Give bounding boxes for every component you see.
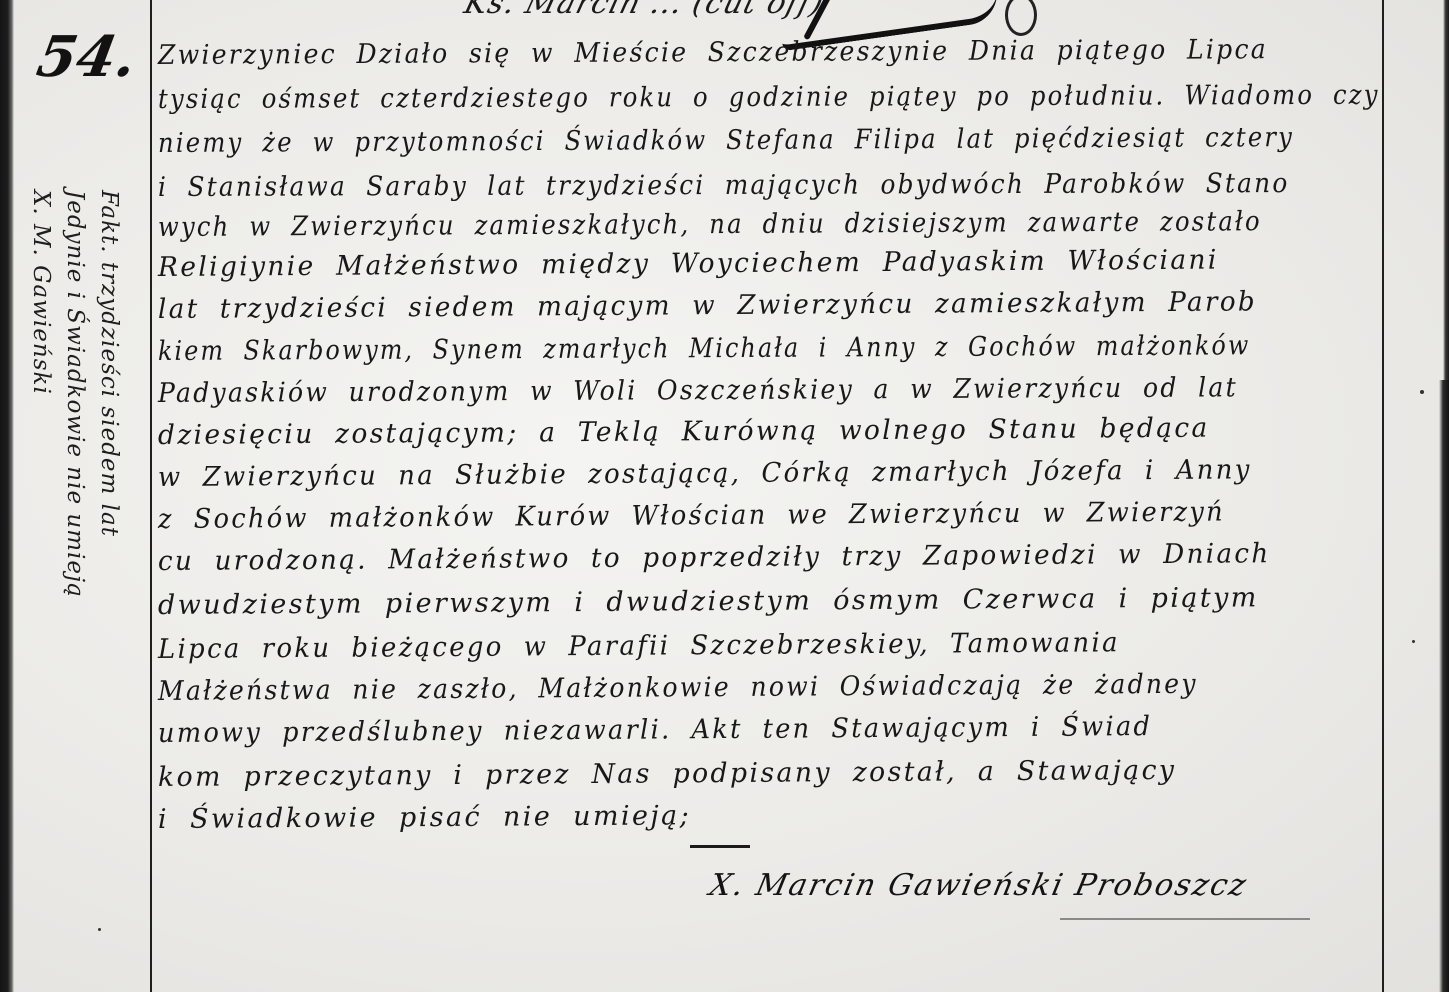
margin-note-line: X. M. Gawieński xyxy=(24,190,58,610)
body-line: Małżeństwa nie zaszło, Małżonkowie nowi … xyxy=(158,669,1198,707)
body-line: Religiynie Małżeństwo między Woyciechem … xyxy=(158,245,1219,283)
page-right-edge-shadow xyxy=(1439,380,1449,992)
register-page: Ks. Marcin ... (cut off) 54. Fakt. trzyd… xyxy=(0,0,1449,992)
paper-speck xyxy=(98,928,101,931)
entry-body: Zwierzyniec Działo się w Mieście Szczebr… xyxy=(150,0,1382,992)
paper-speck xyxy=(1412,640,1415,643)
signature-underline xyxy=(1060,918,1310,920)
priest-signature: X. Marcin Gawieński Proboszcz xyxy=(706,868,1251,903)
body-line: i Stanisława Saraby lat trzydzieści mają… xyxy=(158,168,1290,203)
book-binding-edge xyxy=(0,0,14,992)
body-line: Zwierzyniec Działo się w Mieście Szczebr… xyxy=(158,34,1268,71)
body-line: i Świadkowie pisać nie umieją; xyxy=(158,800,691,835)
margin-note-line: Jedynie i Świadkowie nie umieją xyxy=(58,190,92,610)
margin-note-line: Fakt. trzydzieści siedem lat xyxy=(92,190,126,610)
body-line: kiem Skarbowym, Synem zmarłych Michała i… xyxy=(158,330,1251,367)
body-line: dziesięciu zostającym; a Teklą Kurówną w… xyxy=(158,413,1210,451)
entry-number: 54. xyxy=(32,24,141,90)
body-line: lat trzydzieści siedem mającym w Zwierzy… xyxy=(158,286,1257,325)
margin-note: Fakt. trzydzieści siedem lat Jedynie i Ś… xyxy=(24,190,126,610)
right-margin-rule xyxy=(1382,0,1384,992)
body-line: niemy że w przytomności Świadków Stefana… xyxy=(158,122,1294,159)
body-line: cu urodzoną. Małżeństwo to poprzedziły t… xyxy=(158,538,1271,577)
body-line: wych w Zwierzyńcu zamieszkałych, na dniu… xyxy=(158,206,1262,243)
body-line: Padyaskiów urodzonym w Woli Oszczeńskiey… xyxy=(158,372,1238,409)
body-line: tysiąc ośmset czterdziestego roku o godz… xyxy=(158,80,1380,115)
body-line: umowy przedślubney niezawarli. Akt ten S… xyxy=(158,711,1152,749)
body-line: kom przeczytany i przez Nas podpisany zo… xyxy=(158,755,1177,793)
paper-speck xyxy=(1420,390,1424,394)
body-line: dwudziestym pierwszym i dwudziestym ósmy… xyxy=(158,582,1259,621)
body-line: z Sochów małżonków Kurów Włościan we Zwi… xyxy=(158,497,1225,535)
end-dash xyxy=(690,845,750,848)
body-line: Lipca roku bieżącego w Parafii Szczebrze… xyxy=(158,627,1120,665)
body-line: w Zwierzyńcu na Służbie zostającą, Córką… xyxy=(158,454,1252,493)
